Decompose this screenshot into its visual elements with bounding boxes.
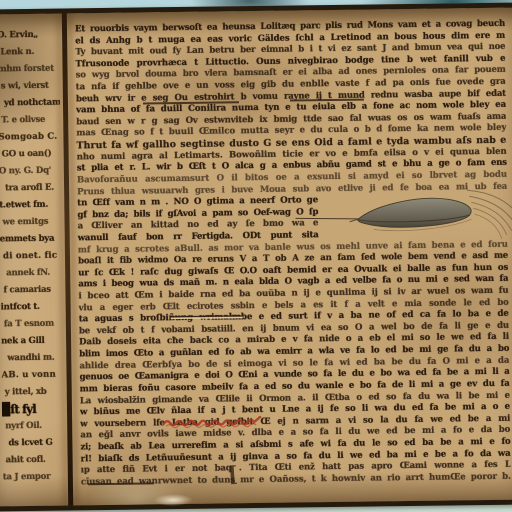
- hull-shape: [349, 198, 471, 232]
- margin-note-line: ▉ſt fyl: [2, 401, 64, 419]
- margin-note-line: ds lcvet G: [2, 435, 64, 453]
- main-text-block: Et rouorbis vaym berwsoſt ea heunsa Loli…: [75, 19, 511, 495]
- margin-note-line: ahit cofl.: [3, 452, 65, 470]
- margin-note-line: di onet. fic: [0, 248, 62, 266]
- margin-note-line: Lenk n.: [0, 44, 59, 62]
- margin-note-line: ta J empor: [3, 469, 65, 487]
- margin-note-line: AB. u vonn: [1, 367, 63, 385]
- margin-note-line: wandhi m.: [1, 350, 63, 368]
- margin-notes-column: D. Ervin„Lenk n.mhm forstets wi, viersty…: [0, 27, 65, 490]
- margin-note-line: nyrf Oil.: [2, 418, 64, 436]
- margin-note-line: D. Ervin„: [0, 27, 59, 45]
- margin-note-line: T. e olivse: [0, 112, 60, 130]
- margin-note-line: s wi, vierst: [0, 78, 60, 96]
- margin-note-line: emmets bya: [0, 231, 62, 249]
- margin-note-line: tra arofl E.: [0, 180, 61, 198]
- margin-note-line: we emitgs: [0, 214, 62, 232]
- margin-note-line: fa T esnom: [1, 316, 63, 334]
- margin-note-line: O ny. G. Dq': [0, 163, 61, 181]
- margin-note-line: intfcot t.: [1, 299, 63, 317]
- bracket-mark: [: [227, 461, 239, 487]
- grey-fish-airship-sketch: [349, 184, 512, 248]
- margin-note-line: Somgoab C.: [0, 129, 61, 147]
- margin-note-line: annek fN.: [0, 265, 62, 283]
- motion-hatch-lines: [467, 190, 512, 240]
- margin-note-line: t.etwet fm.: [0, 197, 61, 215]
- worn-chip: [153, 494, 193, 507]
- margin-note-line: y ittel, xb: [2, 384, 64, 402]
- photograph-of-manuscript: D. Ervin„Lenk n.mhm forstets wi, viersty…: [0, 0, 512, 512]
- manuscript-page: D. Ervin„Lenk n.mhm forstets wi, viersty…: [0, 3, 512, 512]
- margin-note-line: f camarias: [0, 282, 62, 300]
- red-wavy-underline: [162, 414, 272, 429]
- margin-note-line: nek a Gill: [1, 333, 63, 351]
- margin-note-line: mhm forstet: [0, 61, 60, 79]
- margin-note-line: yd nothctam: [0, 95, 60, 113]
- margin-note-line: GO u oan(): [0, 146, 61, 164]
